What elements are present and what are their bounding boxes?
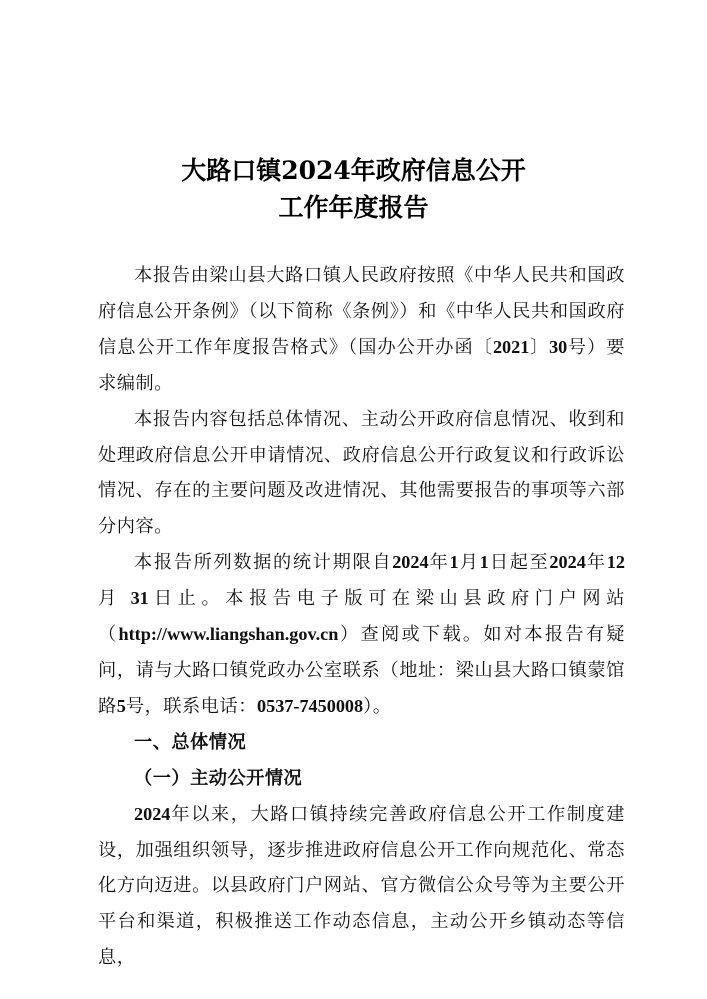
- paragraph-text: 月: [459, 552, 480, 573]
- paragraph-contents: 本报告内容包括总体情况、主动公开政府信息情况、收到和处理政府信息公开申请情况、政…: [98, 402, 625, 546]
- subsection-heading-proactive-disclosure: （一）主动公开情况: [98, 761, 625, 797]
- paragraph-text: 本报告所列数据的统计期限自: [134, 552, 392, 573]
- document-page: 大路口镇2024年政府信息公开 工作年度报告 本报告由梁山县大路口镇人民政府按照…: [0, 0, 707, 999]
- paragraph-proactive-disclosure: 2024年以来，大路口镇持续完善政府信息公开工作制度建设，加强组织领导，逐步推进…: [98, 797, 625, 977]
- document-title: 大路口镇2024年政府信息公开 工作年度报告: [0, 152, 707, 226]
- paragraph-period: 本报告所列数据的统计期限自2024年1月1日起至2024年12月31日止。本报告…: [98, 545, 625, 725]
- title-line-2: 工作年度报告: [0, 189, 707, 226]
- end-year: 2024: [549, 552, 585, 572]
- document-year: 2021: [493, 337, 529, 357]
- document-body: 本报告由梁山县大路口镇人民政府按照《中华人民共和国政府信息公开条例》（以下简称《…: [98, 258, 625, 976]
- start-month: 1: [450, 552, 459, 572]
- document-number: 30: [549, 337, 567, 357]
- paragraph-text: 〕: [529, 337, 549, 358]
- paragraph-text: 年以来，大路口镇持续完善政府信息公开工作制度建设，加强组织领导，逐步推进政府信息…: [98, 804, 625, 969]
- paragraph-text: 号，联系电话：: [126, 696, 257, 717]
- paragraph-year: 2024: [134, 804, 170, 824]
- paragraph-basis: 本报告由梁山县大路口镇人民政府按照《中华人民共和国政府信息公开条例》（以下简称《…: [98, 258, 625, 402]
- paragraph-text: ）。: [363, 696, 391, 717]
- contact-phone: 0537-7450008: [257, 696, 363, 716]
- end-day: 31: [131, 588, 149, 608]
- title-line-1: 大路口镇2024年政府信息公开: [0, 152, 707, 189]
- end-month: 12: [607, 552, 625, 572]
- address-number: 5: [117, 696, 126, 716]
- start-day: 1: [480, 552, 489, 572]
- paragraph-text: 年: [586, 552, 607, 573]
- website-link[interactable]: http://www.liangshan.gov.cn: [118, 624, 338, 644]
- section-heading-overview: 一、总体情况: [98, 725, 625, 761]
- start-year: 2024: [392, 552, 428, 572]
- paragraph-text: 月: [98, 588, 131, 609]
- paragraph-text: 日起至: [489, 552, 550, 573]
- paragraph-text: 年: [429, 552, 450, 573]
